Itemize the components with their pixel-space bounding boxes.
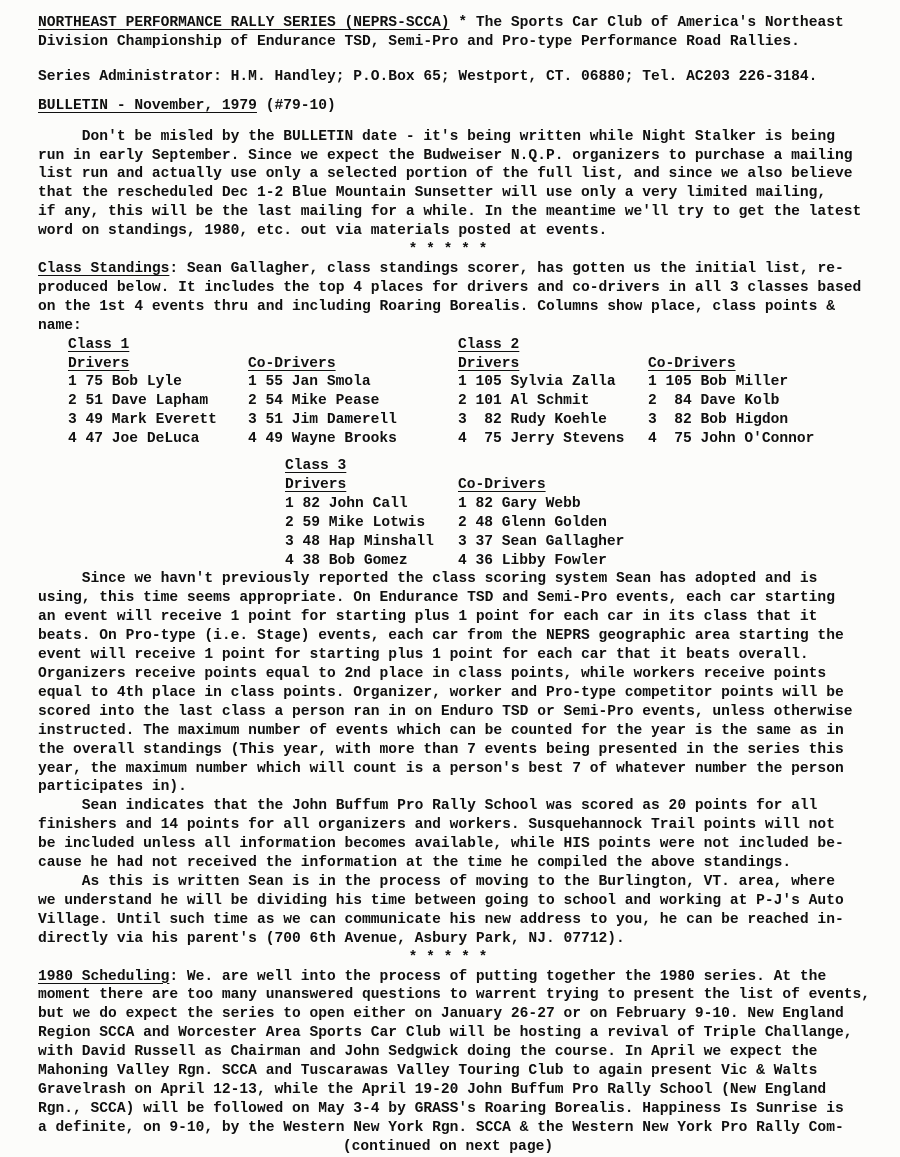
standings-row: 3 49 Mark Everett: [68, 411, 248, 430]
standings-row: 3 37 Sean Gallagher: [458, 533, 892, 552]
standings-row: 2 48 Glenn Golden: [458, 514, 892, 533]
standings-row: 1 105 Sylvia Zalla: [458, 373, 648, 392]
standings-row: 4 49 Wayne Brooks: [248, 430, 458, 449]
standings-row: 1 82 Gary Webb: [458, 495, 892, 514]
bulletin-number: (#79-10): [257, 98, 336, 114]
standings-row: 1 105 Bob Miller: [648, 373, 858, 392]
class-title: Class 3: [285, 457, 892, 476]
standings-row: 1 82 John Call: [285, 495, 458, 514]
buffum-school-paragraph: Sean indicates that the John Buffum Pro …: [38, 797, 892, 873]
drivers-rows: 1 82 John Call2 59 Mike Lotwis3 48 Hap M…: [285, 495, 458, 571]
standings-row: 4 75 Jerry Stevens: [458, 430, 648, 449]
codrivers-header: Co-Drivers: [458, 476, 892, 495]
drivers-column: Drivers 1 75 Bob Lyle2 51 Dave Lapham3 4…: [68, 355, 248, 450]
standings-row: 4 38 Bob Gomez: [285, 552, 458, 571]
class-2-standings: Class 2 Drivers 1 105 Sylvia Zalla2 101 …: [458, 336, 858, 449]
standings-row: 3 82 Rudy Koehle: [458, 411, 648, 430]
codrivers-column: Co-Drivers 1 105 Bob Miller2 84 Dave Kol…: [648, 355, 858, 450]
series-heading: NORTHEAST PERFORMANCE RALLY SERIES (NEPR…: [38, 14, 892, 52]
standings-row: 4 75 John O'Connor: [648, 430, 858, 449]
codrivers-rows: 1 82 Gary Webb2 48 Glenn Golden3 37 Sean…: [458, 495, 892, 571]
drivers-column: Drivers 1 105 Sylvia Zalla2 101 Al Schmi…: [458, 355, 648, 450]
standings-tables-bottom: Class 3 Drivers 1 82 John Call2 59 Mike …: [285, 457, 892, 570]
administrator-line: Series Administrator: H.M. Handley; P.O.…: [38, 68, 892, 87]
scheduling-heading: 1980 Scheduling: [38, 969, 169, 985]
drivers-header: Drivers: [458, 355, 648, 374]
bulletin-title: BULLETIN - November, 1979: [38, 98, 257, 114]
class-title: Class 1: [68, 336, 458, 355]
continued-note: (continued on next page): [38, 1138, 858, 1157]
bulletin-heading: BULLETIN - November, 1979 (#79-10): [38, 97, 892, 116]
standings-row: 4 36 Libby Fowler: [458, 552, 892, 571]
codrivers-rows: 1 105 Bob Miller2 84 Dave Kolb3 82 Bob H…: [648, 373, 858, 449]
drivers-rows: 1 105 Sylvia Zalla2 101 Al Schmit3 82 Ru…: [458, 373, 648, 449]
codrivers-header: Co-Drivers: [648, 355, 858, 374]
standings-row: 2 51 Dave Lapham: [68, 392, 248, 411]
standings-row: 3 51 Jim Damerell: [248, 411, 458, 430]
standings-row: 3 82 Bob Higdon: [648, 411, 858, 430]
standings-tables-top: Class 1 Drivers 1 75 Bob Lyle2 51 Dave L…: [68, 336, 892, 449]
standings-row: 3 48 Hap Minshall: [285, 533, 458, 552]
drivers-rows: 1 75 Bob Lyle2 51 Dave Lapham3 49 Mark E…: [68, 373, 248, 449]
drivers-column: Drivers 1 82 John Call2 59 Mike Lotwis3 …: [285, 476, 458, 571]
codrivers-column: Co-Drivers 1 82 Gary Webb2 48 Glenn Gold…: [458, 476, 892, 571]
standings-row: 2 101 Al Schmit: [458, 392, 648, 411]
class-3-standings: Class 3 Drivers 1 82 John Call2 59 Mike …: [285, 457, 892, 570]
class-standings-intro: Class Standings: Sean Gallagher, class s…: [38, 260, 892, 336]
codrivers-column: Co-Drivers 1 55 Jan Smola2 54 Mike Pease…: [248, 355, 458, 450]
standings-row: 4 47 Joe DeLuca: [68, 430, 248, 449]
standings-row: 1 55 Jan Smola: [248, 373, 458, 392]
standings-row: 2 54 Mike Pease: [248, 392, 458, 411]
class-title: Class 2: [458, 336, 858, 355]
standings-row: 2 84 Dave Kolb: [648, 392, 858, 411]
scheduling-text: : We. are well into the process of putti…: [38, 969, 870, 1136]
bulletin-page: NORTHEAST PERFORMANCE RALLY SERIES (NEPR…: [0, 0, 900, 1157]
intro-paragraph: Don't be misled by the BULLETIN date - i…: [38, 128, 892, 241]
series-title: NORTHEAST PERFORMANCE RALLY SERIES (NEPR…: [38, 15, 450, 31]
section-separator: * * * * *: [38, 949, 858, 968]
section-separator: * * * * *: [38, 241, 858, 260]
codrivers-rows: 1 55 Jan Smola2 54 Mike Pease3 51 Jim Da…: [248, 373, 458, 449]
standings-row: 2 59 Mike Lotwis: [285, 514, 458, 533]
codrivers-header: Co-Drivers: [248, 355, 458, 374]
scoring-paragraph: Since we havn't previously reported the …: [38, 570, 892, 797]
class-1-standings: Class 1 Drivers 1 75 Bob Lyle2 51 Dave L…: [68, 336, 458, 449]
scheduling-paragraph: 1980 Scheduling: We. are well into the p…: [38, 968, 892, 1138]
class-standings-heading: Class Standings: [38, 261, 169, 277]
drivers-header: Drivers: [68, 355, 248, 374]
drivers-header: Drivers: [285, 476, 458, 495]
sean-move-paragraph: As this is written Sean is in the proces…: [38, 873, 892, 949]
standings-row: 1 75 Bob Lyle: [68, 373, 248, 392]
